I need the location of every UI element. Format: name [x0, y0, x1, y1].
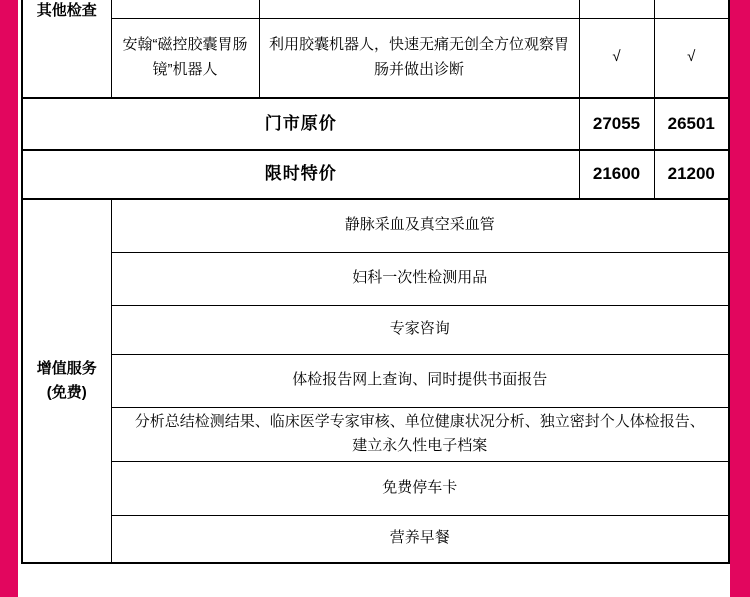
left-margin-bar: [0, 0, 18, 597]
checkup-price-table: 其他检查 安翰“磁控胶囊胃肠镜”机器人 利用胶囊机器人，快速无痛无创全方位观察胃…: [21, 0, 730, 564]
table-row-service: 免费停车卡: [22, 462, 729, 516]
service-item-cell: 免费停车卡: [111, 462, 729, 516]
category-cell-free-services: 增值服务(免费): [22, 199, 111, 563]
exam-name-cell: 安翰“磁控胶囊胃肠镜”机器人: [111, 18, 259, 98]
package-a-check-cell: √: [579, 18, 654, 98]
free-services-label-line1: 增值服务: [37, 360, 97, 377]
cutoff-empty-cell: [579, 0, 654, 18]
cutoff-empty-cell: [259, 0, 579, 18]
table-row-service: 专家咨询: [22, 305, 729, 354]
free-services-label-line2: (免费): [47, 384, 87, 401]
special-price-a: 21600: [579, 150, 654, 199]
table-row: 其他检查: [22, 0, 729, 18]
cutoff-empty-cell: [654, 0, 729, 18]
exam-description-cell: 利用胶囊机器人，快速无痛无创全方位观察胃肠并做出诊断: [259, 18, 579, 98]
table-row-special-price: 限时特价 21600 21200: [22, 150, 729, 199]
service-item-cell: 静脉采血及真空采血管: [111, 199, 729, 252]
table-row-service: 体检报告网上查询、同时提供书面报告: [22, 354, 729, 407]
category-cell-other-checks: 其他检查: [22, 0, 111, 98]
table-row-service: 妇科一次性检测用品: [22, 252, 729, 305]
service-item-cell: 分析总结检测结果、临床医学专家审核、单位健康状况分析、独立密封个人体检报告、 建…: [111, 407, 729, 462]
service-item-cell: 体检报告网上查询、同时提供书面报告: [111, 354, 729, 407]
special-price-b: 21200: [654, 150, 729, 199]
retail-price-b: 26501: [654, 98, 729, 150]
retail-price-label: 门市原价: [22, 98, 579, 150]
page: 其他检查 安翰“磁控胶囊胃肠镜”机器人 利用胶囊机器人，快速无痛无创全方位观察胃…: [0, 0, 750, 597]
retail-price-a: 27055: [579, 98, 654, 150]
special-price-label: 限时特价: [22, 150, 579, 199]
package-b-check-cell: √: [654, 18, 729, 98]
service-item-cell: 营养早餐: [111, 516, 729, 563]
table-row-exam: 安翰“磁控胶囊胃肠镜”机器人 利用胶囊机器人，快速无痛无创全方位观察胃肠并做出诊…: [22, 18, 729, 98]
cutoff-empty-cell: [111, 0, 259, 18]
table-row-service: 分析总结检测结果、临床医学专家审核、单位健康状况分析、独立密封个人体检报告、 建…: [22, 407, 729, 462]
table-row-retail-price: 门市原价 27055 26501: [22, 98, 729, 150]
table-row-service: 增值服务(免费) 静脉采血及真空采血管: [22, 199, 729, 252]
service-item-cell: 妇科一次性检测用品: [111, 252, 729, 305]
service-item-cell: 专家咨询: [111, 305, 729, 354]
table-row-service: 营养早餐: [22, 516, 729, 563]
right-margin-bar: [730, 0, 750, 597]
